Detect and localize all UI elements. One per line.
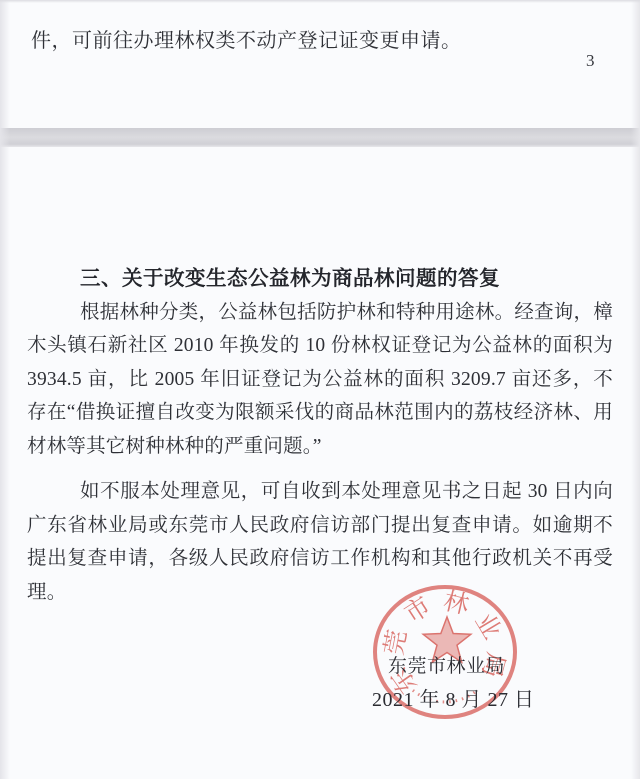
seal-char: 林 [441,587,472,620]
page-edge-top [0,0,640,3]
document-body: 三、关于改变生态公益林为商品林问题的答复 根据林种分类，公益林包括防护林和特种用… [27,262,613,609]
section-heading: 三、关于改变生态公益林为商品林问题的答复 [27,262,613,296]
page-divider [0,128,640,147]
page-edge-right [631,0,640,779]
page-number: 3 [586,51,595,71]
page-edge-left [0,0,10,779]
document-viewer: 件，可前往办理林权类不动产登记证变更申请。 3 三、关于改变生态公益林为商品林问… [0,0,640,779]
paragraph: 根据林种分类，公益林包括防护林和特种用途林。经查询，樟木头镇石新社区 2010 … [27,296,613,464]
paragraph: 如不服本处理意见，可自收到本处理意见书之日起 30 日内向广东省林业局或东莞市人… [27,475,613,609]
signature-agency: 东莞市林业局 [388,651,505,678]
signature-date: 2021 年 8 月 27 日 [372,683,535,712]
body-text-line: 件，可前往办理林权类不动产登记证变更申请。 [31,28,611,54]
